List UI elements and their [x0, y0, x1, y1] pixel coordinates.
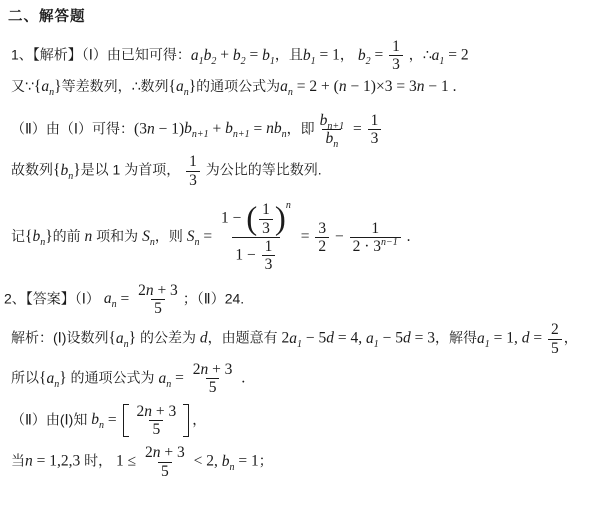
text-run: 时，	[80, 453, 116, 469]
math-run: {	[108, 330, 115, 347]
group-body: 2n + 35	[131, 403, 181, 439]
math-fraction: 13	[389, 38, 403, 74]
math-run: bn	[32, 228, 45, 245]
fraction-denominator: 3	[186, 171, 200, 189]
math-run: = 1,	[490, 330, 522, 347]
text-run: 项和为	[92, 228, 142, 244]
text-run: ，	[564, 330, 578, 346]
math-fraction: 2n + 35	[142, 444, 188, 480]
math-run: = 4,	[334, 330, 366, 347]
q2-analysis-part1: 解析：(Ⅰ)设数列{an} 的公差为 d，由题意有 2a1 − 5d = 4, …	[11, 321, 601, 357]
q1-part2-recurrence: （Ⅱ）由（Ⅰ）可得：(3n − 1)bn+1 + bn+1 = nbn，即bn+…	[11, 112, 601, 148]
math-run: bn+1	[184, 120, 209, 137]
math-run: 2	[145, 444, 153, 461]
open-bracket	[123, 404, 129, 438]
math-run: +	[216, 47, 233, 64]
math-run: 5	[152, 421, 160, 438]
math-run: + 3	[154, 282, 178, 299]
math-run: bn	[60, 162, 73, 179]
math-run: 1 ≤	[116, 453, 140, 470]
fraction-numerator: 2	[548, 321, 562, 338]
text-run: ，且	[275, 47, 303, 63]
math-run: b1	[262, 47, 275, 64]
math-run: b2	[233, 47, 246, 64]
math-run: 1	[189, 153, 197, 170]
math-fraction: bn+1bn	[317, 112, 348, 148]
text-run: 为公比的等比数列.	[202, 162, 322, 178]
math-run: 1	[371, 220, 379, 237]
text-run: 是以 1 为首项，	[81, 162, 184, 178]
math-run: .	[403, 228, 411, 245]
math-run: a1	[366, 330, 379, 347]
math-run: an	[46, 370, 59, 387]
math-run: d	[403, 330, 411, 347]
math-run: + 3	[152, 403, 176, 420]
math-run: an	[158, 370, 171, 387]
math-run: = 3	[411, 330, 435, 347]
text-run: ，由题意有	[208, 330, 282, 346]
math-run: =	[246, 47, 263, 64]
fraction-denominator: 2 · 3n−1	[350, 237, 401, 255]
math-fraction: 2n + 35	[190, 361, 236, 397]
text-run: ，	[340, 47, 358, 63]
math-run: }	[129, 330, 136, 347]
math-fraction: 13	[186, 153, 200, 189]
text-run: 的前	[53, 228, 85, 244]
math-run: bn	[325, 130, 338, 147]
group-body: 13	[257, 201, 275, 237]
math-run: 2	[551, 321, 559, 338]
math-fraction: 13	[368, 112, 382, 148]
text-run: 当	[11, 453, 25, 469]
math-fraction: 25	[548, 321, 562, 357]
text-run: 的通项公式为	[67, 370, 159, 386]
math-run: − 1)×3 = 3	[347, 78, 417, 95]
text-run: 又∵	[11, 78, 34, 94]
math-run: − 1 .	[424, 78, 456, 95]
math-run: a1	[191, 47, 204, 64]
q2-general-term: 所以{an} 的通项公式为 an = 2n + 35 .	[11, 361, 601, 397]
math-run: 1	[371, 112, 379, 129]
math-run: Sn	[187, 228, 200, 245]
fraction-numerator: 1	[368, 112, 382, 129]
text-run: 所以	[11, 370, 39, 386]
math-run: a1	[289, 330, 302, 347]
fraction-denominator: bn	[322, 129, 341, 147]
math-run: an	[116, 330, 129, 347]
math-run: bn+1	[320, 112, 345, 129]
math-run: bn	[222, 453, 235, 470]
group-exponent: n	[286, 200, 291, 211]
fraction-denominator: 3	[389, 55, 403, 73]
fraction-denominator: 1 − 13	[232, 237, 280, 274]
text-run: ；（Ⅱ）24.	[183, 290, 244, 306]
fraction-numerator: bn+1	[317, 112, 348, 129]
math-run: 3	[371, 130, 379, 147]
fraction-numerator: 1	[389, 38, 403, 55]
math-run: nbn	[266, 120, 287, 137]
fraction-denominator: 5	[206, 378, 220, 396]
math-run: 5	[209, 379, 217, 396]
math-run: 3	[189, 172, 197, 189]
math-run: }	[54, 78, 61, 95]
math-run: {	[169, 78, 176, 95]
math-run: −	[331, 228, 348, 245]
fraction-numerator: 2n + 3	[135, 282, 181, 299]
math-run: = 2 + (	[293, 78, 339, 95]
math-run: a1	[477, 330, 490, 347]
fraction-numerator: 1	[186, 153, 200, 170]
fraction-numerator: 1	[262, 238, 276, 255]
math-run: =	[371, 47, 388, 64]
bracket-group: 2n + 35	[121, 403, 191, 439]
math-run: − 5	[379, 330, 403, 347]
math-run: d	[200, 330, 208, 347]
text-run: ，则	[155, 228, 187, 244]
math-run: =	[104, 411, 121, 428]
fraction-numerator: 1 − (13)n	[218, 201, 295, 237]
paren-group: (13)n	[246, 201, 291, 237]
fraction-numerator: 2n + 3	[190, 361, 236, 378]
math-run: − 1)	[155, 120, 184, 137]
math-run: 2	[138, 282, 146, 299]
fraction-numerator: 1	[259, 201, 273, 218]
math-run: =	[297, 228, 314, 245]
fraction-numerator: 2n + 3	[142, 444, 188, 461]
math-run: }	[59, 370, 66, 387]
math-run: b1	[303, 47, 316, 64]
math-run: 5	[551, 340, 559, 357]
math-fraction: 2n + 35	[135, 282, 181, 318]
text-run: （Ⅱ）由（Ⅰ）可得：	[11, 120, 134, 136]
math-run: bn	[91, 411, 104, 428]
math-run: a1	[432, 47, 445, 64]
math-run: n	[144, 403, 152, 420]
math-run: an	[280, 78, 293, 95]
math-run: =	[349, 120, 366, 137]
document-page: 二、解答题 1、【解析】（Ⅰ）由已知可得：a1b2 + b2 = b1，且b1 …	[0, 0, 609, 480]
fraction-numerator: 3	[315, 220, 329, 237]
math-run: = 1	[316, 47, 340, 64]
open-paren: (	[246, 206, 257, 233]
math-run: 3	[262, 220, 270, 237]
math-run: 5	[154, 300, 162, 317]
math-run: bn+1	[225, 120, 250, 137]
section-heading: 二、解答题	[8, 5, 601, 26]
q1-sum-formula: 记{bn}的前 n 项和为 Sn，则 Sn = 1 − (13)n1 − 13 …	[11, 201, 601, 273]
math-run: 1 −	[221, 210, 245, 227]
fraction-denominator: 5	[158, 462, 172, 480]
text-run: 记	[11, 228, 25, 244]
math-run: }	[45, 228, 52, 245]
math-fraction: 12 · 3n−1	[350, 220, 401, 256]
text-run: 解析：(Ⅰ)设数列	[11, 330, 108, 346]
math-run: n	[147, 120, 155, 137]
math-run: }	[73, 162, 80, 179]
fraction-numerator: 2n + 3	[133, 403, 179, 420]
math-run: n	[146, 282, 154, 299]
math-run: d	[522, 330, 530, 347]
fraction-denominator: 5	[149, 420, 163, 438]
math-run: 3	[392, 56, 400, 73]
math-run: + 3	[208, 361, 232, 378]
math-fraction: 13	[262, 238, 276, 274]
fraction-denominator: 3	[259, 219, 273, 237]
text-run: ，∴	[405, 47, 432, 63]
math-fraction: 13	[259, 201, 273, 237]
fraction-denominator: 5	[548, 339, 562, 357]
text-run: 等差数列，∴数列	[62, 78, 169, 94]
math-fraction: 2n + 35	[133, 403, 179, 439]
math-run: 3	[318, 220, 326, 237]
close-bracket	[183, 404, 189, 438]
text-run: ，解得	[435, 330, 477, 346]
close-paren: )	[275, 206, 286, 233]
text-run: ，	[192, 411, 206, 427]
math-run: an	[104, 290, 117, 307]
math-run: 2 · 3n−1	[353, 238, 398, 255]
text-run: 的通项公式为	[196, 78, 280, 94]
math-run: Sn	[142, 228, 155, 245]
math-run: 1 −	[235, 246, 259, 263]
math-run: n	[339, 78, 347, 95]
math-run: − 5	[302, 330, 326, 347]
q1-geometric-conclusion: 故数列{bn}是以 1 为首项， 13 为公比的等比数列.	[11, 153, 601, 189]
math-run: n	[25, 453, 33, 470]
math-run: an	[41, 78, 54, 95]
math-run: b2	[358, 47, 371, 64]
fraction-denominator: 3	[262, 255, 276, 273]
document-body: 1、【解析】（Ⅰ）由已知可得：a1b2 + b2 = b1，且b1 = 1， b…	[8, 38, 601, 480]
text-run: 的公差为	[136, 330, 200, 346]
math-run: 1	[265, 238, 273, 255]
math-run: n	[153, 444, 161, 461]
q1-general-term: 又∵{an}等差数列，∴数列{an}的通项公式为an = 2 + (n − 1)…	[11, 76, 601, 96]
fraction-denominator: 2	[315, 237, 329, 255]
math-run: an	[176, 78, 189, 95]
math-run: < 2,	[190, 453, 222, 470]
q2-part2-bn-definition: （Ⅱ）由(Ⅰ)知 bn = 2n + 35，	[11, 403, 601, 439]
math-run: (3	[134, 120, 147, 137]
math-fraction: 1 − (13)n1 − 13	[218, 201, 295, 273]
math-run: +	[209, 120, 226, 137]
text-run: ；	[259, 453, 273, 469]
fraction-denominator: 5	[151, 299, 165, 317]
fraction-denominator: 3	[368, 129, 382, 147]
math-run: .	[237, 370, 245, 387]
math-run: d	[326, 330, 334, 347]
fraction-numerator: 1	[368, 220, 382, 237]
math-run: = 1	[235, 453, 259, 470]
math-run: b2	[204, 47, 217, 64]
math-run: + 3	[161, 444, 185, 461]
math-run: =	[530, 330, 547, 347]
math-run: 1	[392, 38, 400, 55]
text-run: 1、【解析】（Ⅰ）由已知可得：	[11, 47, 191, 63]
math-run: 5	[161, 463, 169, 480]
q1-analysis-part1: 1、【解析】（Ⅰ）由已知可得：a1b2 + b2 = b1，且b1 = 1， b…	[11, 38, 601, 74]
math-run: =	[250, 120, 267, 137]
text-run: 故数列	[11, 162, 53, 178]
q2-answer: 2、【答案】（Ⅰ） an = 2n + 35；（Ⅱ）24.	[4, 282, 601, 318]
math-run: = 1,2,3	[33, 453, 81, 470]
math-run: 3	[265, 256, 273, 273]
q2-case-n123: 当n = 1,2,3 时， 1 ≤ 2n + 35 < 2, bn = 1；	[11, 444, 601, 480]
text-run: ，即	[287, 120, 315, 136]
math-run: 2	[318, 238, 326, 255]
math-run: 1	[262, 201, 270, 218]
text-run: 2、【答案】（Ⅰ）	[4, 290, 104, 306]
math-run: = 2	[444, 47, 468, 64]
math-fraction: 32	[315, 220, 329, 256]
text-run: （Ⅱ）由(Ⅰ)知	[11, 411, 91, 427]
math-run: =	[171, 370, 188, 387]
math-run: =	[117, 290, 134, 307]
math-run: =	[199, 228, 216, 245]
